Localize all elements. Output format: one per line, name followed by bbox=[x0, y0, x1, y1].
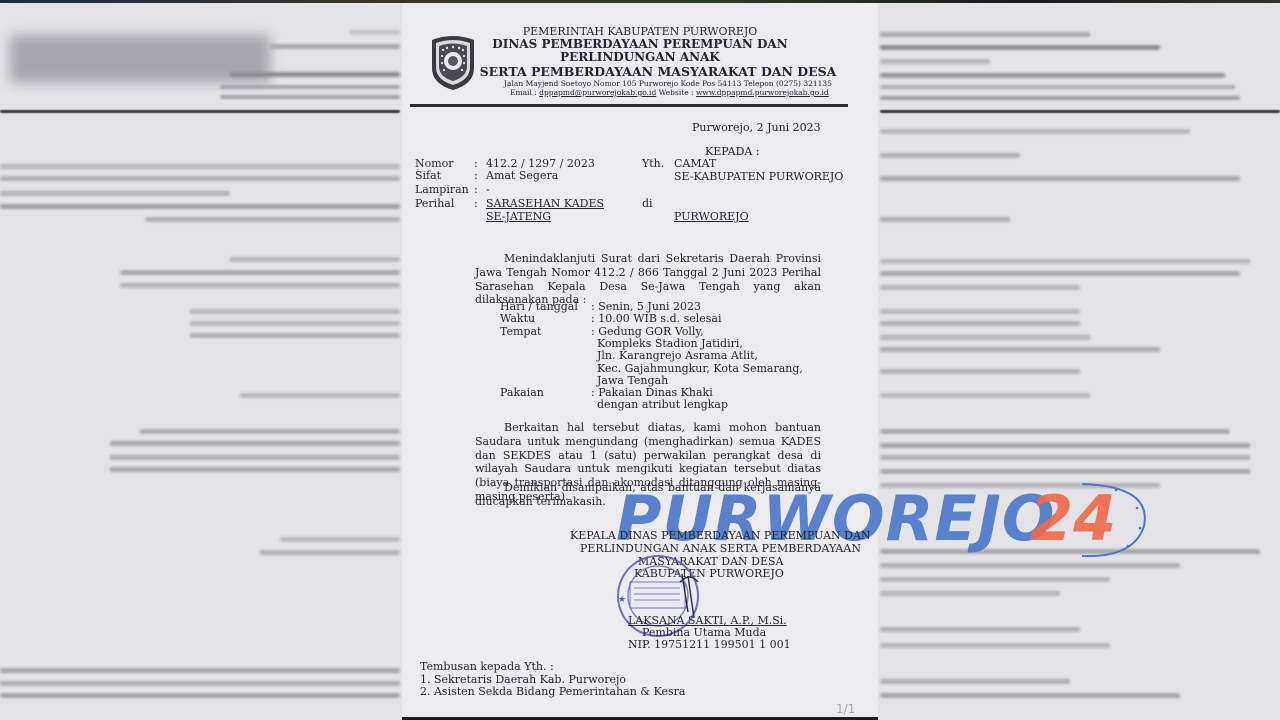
website-label: Website : bbox=[659, 88, 694, 97]
recipient-place: PURWOREJO bbox=[674, 210, 749, 224]
svg-text:24: 24 bbox=[1030, 482, 1116, 555]
signature-title-line1: KEPALA DINAS PEMBERDAYAAN PEREMPUAN DAN bbox=[570, 529, 871, 543]
agency-contact: Email : dppapmd@purworejokab.go.id Websi… bbox=[510, 88, 829, 97]
page-indicator: 1/1 bbox=[836, 702, 855, 716]
meta-label-sifat: Sifat bbox=[415, 169, 441, 183]
detail-label: Tempat bbox=[500, 325, 541, 339]
body-paragraph-1: Menindaklanjuti Surat dari Sekretaris Da… bbox=[475, 252, 821, 307]
recipient-di: di bbox=[642, 197, 653, 211]
meta-value-lampiran: - bbox=[486, 183, 490, 197]
svg-text:★: ★ bbox=[618, 595, 626, 605]
agency-address: Jalan Mayjend Soetoyo Nomor 105 Purworej… bbox=[504, 79, 832, 88]
email-link[interactable]: dppapmd@purworejokab.go.id bbox=[539, 88, 656, 97]
blurred-background-left bbox=[0, 3, 402, 720]
detail-label: Pakaian bbox=[500, 386, 544, 400]
recipient-line2: SE-KABUPATEN PURWOREJO bbox=[674, 170, 843, 184]
meta-colon: : bbox=[474, 169, 478, 183]
meta-label-lampiran: Lampiran bbox=[415, 183, 469, 197]
agency-name-line3: SERTA PEMBERDAYAAN MASYARAKAT DAN DESA bbox=[420, 65, 896, 79]
meta-value-perihal: SARASEHAN KADES bbox=[486, 197, 604, 211]
meta-colon: : bbox=[474, 197, 478, 211]
meta-colon: : bbox=[474, 183, 478, 197]
meta-value-perihal-line2: SE-JATENG bbox=[486, 210, 551, 224]
blurred-background-right bbox=[878, 3, 1280, 720]
website-link[interactable]: www.dppapmd.purworejokab.go.id bbox=[696, 88, 829, 97]
letter-date: Purworejo, 2 Juni 2023 bbox=[692, 121, 821, 135]
detail-value: dengan atribut lengkap bbox=[597, 398, 728, 412]
cc-item: 2. Asisten Sekda Bidang Pemerintahan & K… bbox=[420, 685, 686, 699]
recipient-line1: CAMAT bbox=[674, 157, 716, 171]
recipient-salutation: Yth. bbox=[642, 157, 664, 171]
meta-label-perihal: Perihal bbox=[415, 197, 454, 211]
signatory-nip: NIP. 19751211 199501 1 001 bbox=[628, 638, 791, 652]
email-label: Email : bbox=[510, 88, 537, 97]
letterhead-divider bbox=[410, 104, 848, 107]
cc-heading: Tembusan kepada Yth. : bbox=[420, 660, 554, 674]
meta-value-sifat: Amat Segera bbox=[486, 169, 558, 183]
agency-name-line2: PERLINDUNGAN ANAK bbox=[402, 51, 878, 65]
